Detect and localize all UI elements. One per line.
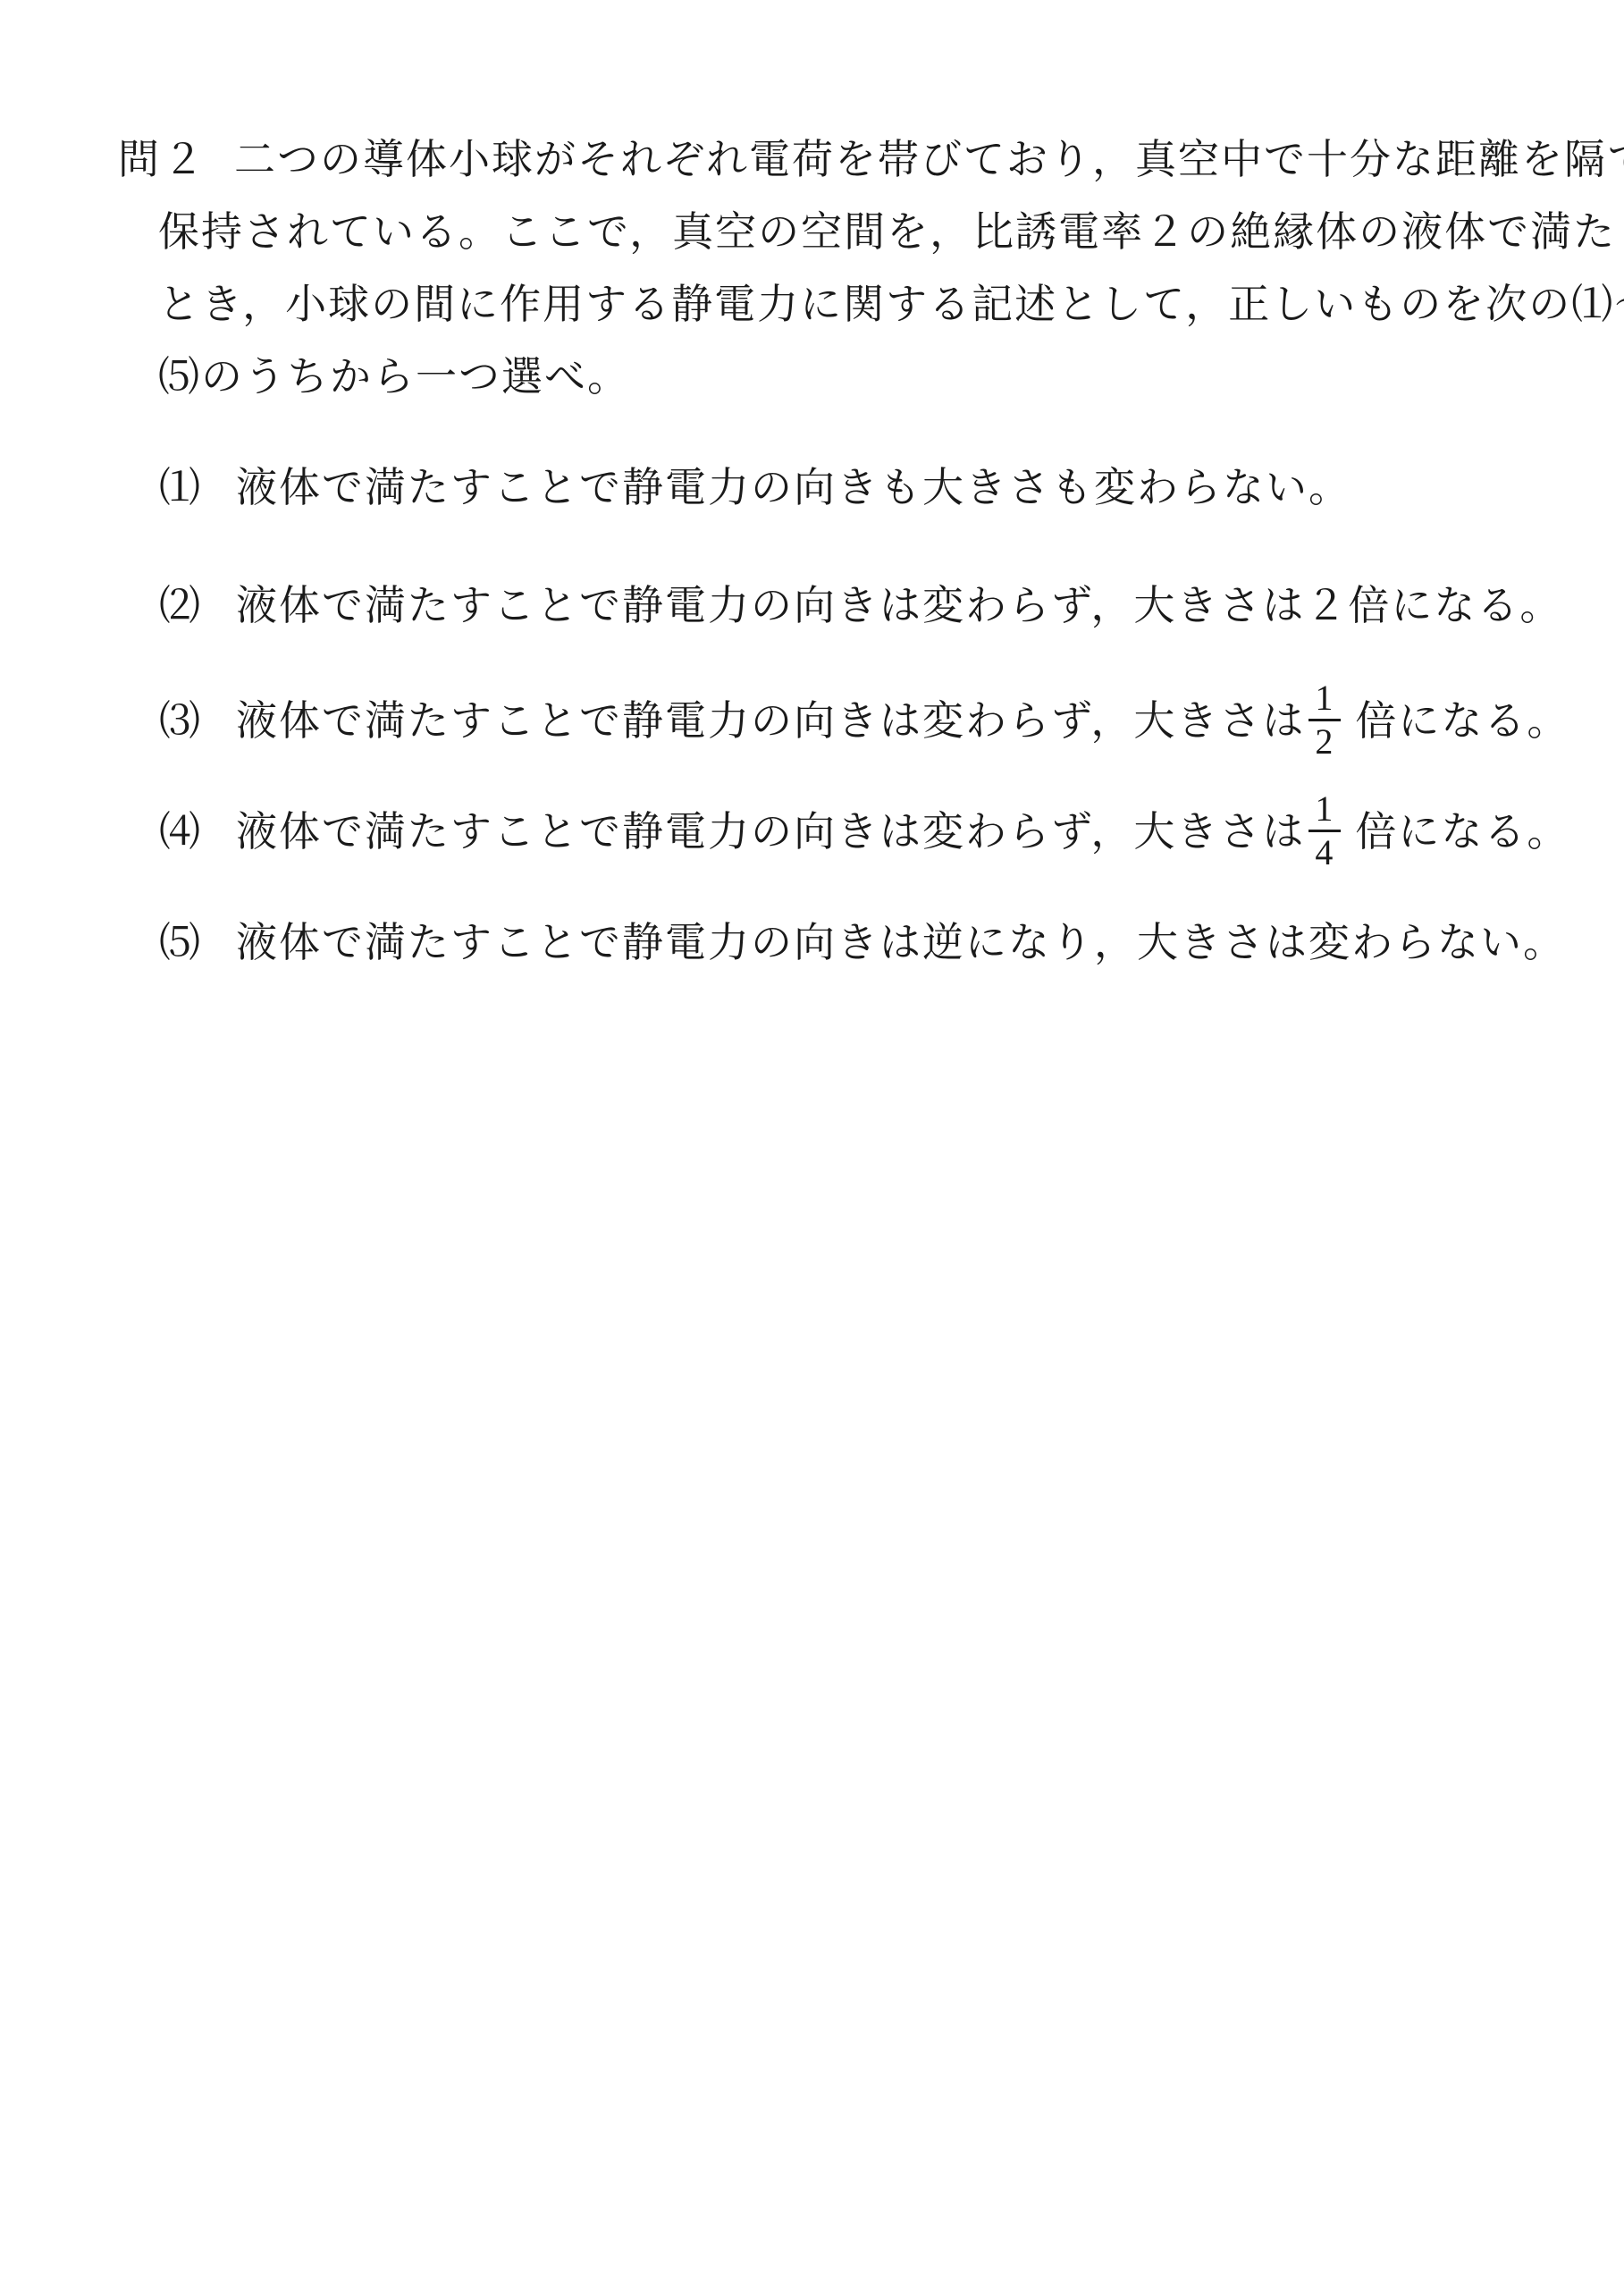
question-text-line-4: ⑸のうちから一つ選べ。 [158,350,630,403]
option-text: 液体で満たすことで静電力の向きは逆になり，大きさは変わらない。 [236,915,1566,969]
option-text: 液体で満たすことで静電力の向きは変わらず，大きさは２倍になる。 [236,578,1562,632]
fraction-numerator: 1 [1315,788,1334,830]
fraction-denominator: 2 [1315,721,1334,763]
fraction-numerator: 1 [1315,678,1334,719]
option-text-after: 倍になる。 [1355,694,1569,747]
option-number: ⑸ [159,915,236,969]
option-text-before: 液体で満たすことで静電力の向きは変わらず，大きさは [236,805,1305,858]
question-text-line-1: 二つの導体小球がそれぞれ電荷を帯びており，真空中で十分な距離を隔てて [234,132,1624,186]
option-text: 液体で満たすことで静電力の向きも大きさも変わらない。 [236,460,1351,514]
question-number: 問２ [118,132,207,186]
answer-option-1: ⑴ 液体で満たすことで静電力の向きも大きさも変わらない。 [159,460,1351,514]
fraction-denominator: 4 [1315,832,1334,873]
option-number: ⑷ [159,805,236,858]
question-text-line-3: とき，小球の間に作用する静電力に関する記述として，正しいものを次の⑴～ [158,277,1624,331]
exam-page: 問２ 二つの導体小球がそれぞれ電荷を帯びており，真空中で十分な距離を隔てて 保持… [0,0,1624,2275]
fraction-one-half: 1 2 [1305,694,1355,747]
option-number: ⑵ [159,578,236,632]
option-number: ⑴ [159,460,236,514]
question-text-line-2: 保持されている。ここで，真空の空間を，比誘電率２の絶縁体の液体で満たした [158,205,1624,258]
fraction-one-quarter: 1 4 [1305,805,1355,858]
option-text: 液体で満たすことで静電力の向きは変わらず，大きさは 1 2 倍になる。 [236,694,1569,747]
answer-option-4: ⑷ 液体で満たすことで静電力の向きは変わらず，大きさは 1 4 倍になる。 [159,805,1569,858]
option-text-before: 液体で満たすことで静電力の向きは変わらず，大きさは [236,694,1305,747]
option-text: 液体で満たすことで静電力の向きは変わらず，大きさは 1 4 倍になる。 [236,805,1569,858]
option-number: ⑶ [159,694,236,747]
answer-option-2: ⑵ 液体で満たすことで静電力の向きは変わらず，大きさは２倍になる。 [159,578,1562,632]
option-text-after: 倍になる。 [1355,805,1569,858]
answer-option-3: ⑶ 液体で満たすことで静電力の向きは変わらず，大きさは 1 2 倍になる。 [159,694,1569,747]
answer-option-5: ⑸ 液体で満たすことで静電力の向きは逆になり，大きさは変わらない。 [159,915,1566,969]
